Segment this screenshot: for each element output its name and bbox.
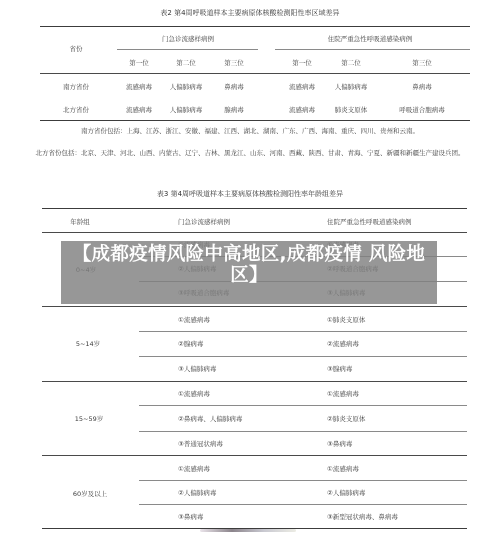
table3-inpatient-item: ③鼻病毒	[327, 441, 352, 448]
table3-header-rule	[42, 232, 467, 233]
table2-bottom-rule	[40, 120, 470, 121]
table2-rank-5: 第二位	[341, 60, 361, 67]
table3-inpatient-item: ②人偏肺病毒	[327, 490, 365, 497]
headline-overlay-text: 【成都疫情风险中高地区,成都疫情 风险地区】	[61, 244, 437, 286]
table2-cell: 鼻病毒	[412, 84, 432, 91]
table2-group-outpatient: 门急诊流感样病例	[162, 36, 214, 43]
table2-cell: 腺病毒	[224, 107, 244, 114]
table2-cell: 流感病毒	[289, 84, 315, 91]
table2-group-rule-left	[117, 49, 258, 50]
table2-region-south: 南方省份	[63, 84, 89, 91]
table3-outpatient-item: ③鼻病毒	[178, 514, 203, 521]
table3-outpatient-item: ③普通冠状病毒	[178, 441, 223, 448]
table3-inner-rule	[139, 405, 467, 406]
scan-smudge	[200, 529, 296, 532]
table2-row-header: 省份	[70, 46, 83, 53]
table2-cell: 肺炎支原体	[335, 107, 368, 114]
table3-age-15-59: 15~59岁	[75, 416, 104, 423]
table3-group-rule	[42, 381, 467, 382]
table2-rank-2: 第二位	[176, 60, 196, 67]
table3-age-60-plus: 60岁及以上	[73, 491, 107, 498]
table2-group-inpatient: 住院严重急性呼吸道感染病例	[328, 36, 413, 43]
table2-cell: 流感病毒	[126, 107, 152, 114]
table3-title: 表3 第4周呼吸道样本主要病原体核酸检测阳性率年龄组差异	[157, 191, 343, 198]
table3-inpatient-item: ②流感病毒	[327, 341, 359, 348]
table2-rank-1: 第一位	[129, 60, 149, 67]
table3-inner-rule	[139, 480, 467, 481]
table2-cell: 人偏肺病毒	[170, 107, 203, 114]
table3-outpatient-item: ②人偏肺病毒	[178, 490, 216, 497]
table2-rank-3: 第三位	[224, 60, 244, 67]
table3-inpatient-item: ①流感病毒	[327, 466, 359, 473]
table3-group-rule	[42, 306, 467, 307]
table3-outpatient-item: ①流感病毒	[178, 391, 210, 398]
table3-inpatient-item: ③新型冠状病毒、鼻病毒	[327, 514, 398, 521]
table3-inpatient-item: ③腺病毒	[327, 366, 352, 373]
table3-age-5-14: 5~14岁	[76, 341, 100, 348]
table2-note-north: 北方省份包括：北京、天津、河北、山西、内蒙古、辽宁、吉林、黑龙江、山东、河南、西…	[36, 150, 465, 157]
table2-rank-6: 第三位	[412, 60, 432, 67]
table3-outpatient-item: ①流感病毒	[178, 317, 210, 324]
table3-col-outpatient: 门急诊流感样病例	[178, 219, 230, 226]
table3-outpatient-item: ①流感病毒	[178, 466, 210, 473]
table3-inner-rule	[139, 431, 467, 432]
table2-group-rule-right	[275, 49, 470, 50]
table2-header-rule	[40, 73, 470, 74]
table2-cell: 流感病毒	[126, 84, 152, 91]
table2-region-north: 北方省份	[63, 107, 89, 114]
table3-inner-rule	[139, 504, 467, 505]
table3-outpatient-item: ②腺病毒	[178, 341, 203, 348]
table3-inpatient-item: ①流感病毒	[327, 391, 359, 398]
table2-cell: 流感病毒	[289, 107, 315, 114]
table2-title: 表2 第4周呼吸道样本主要病原体核酸检测阳性率区域差异	[160, 10, 339, 17]
table2-cell: 呼吸道合胞病毒	[399, 107, 445, 114]
table3-outpatient-item: ③人偏肺病毒	[178, 366, 216, 373]
table3-inpatient-item: ②肺炎支原体	[327, 416, 365, 423]
table3-group-rule	[42, 455, 467, 456]
table3-inner-rule	[139, 331, 467, 332]
table3-outpatient-item: ②鼻病毒、人偏肺病毒	[178, 416, 242, 423]
table2-rank-4: 第一位	[292, 60, 312, 67]
table2-note-south: 南方省份包括：上海、江苏、浙江、安徽、福建、江西、湖北、湖南、广东、广西、海南、…	[81, 128, 419, 135]
table2-cell: 鼻病毒	[224, 84, 244, 91]
table3-inner-rule	[139, 356, 467, 357]
table2-cell: 人偏肺病毒	[170, 84, 203, 91]
table3-col-inpatient: 住院严重急性呼吸道感染病例	[327, 219, 412, 226]
table3-col-age: 年龄组	[70, 219, 90, 226]
table2-cell: 人偏肺病毒	[335, 84, 368, 91]
table2-top-rule	[40, 26, 470, 27]
table3-inpatient-item: ①肺炎支原体	[327, 317, 365, 324]
table3-top-rule	[42, 208, 467, 209]
